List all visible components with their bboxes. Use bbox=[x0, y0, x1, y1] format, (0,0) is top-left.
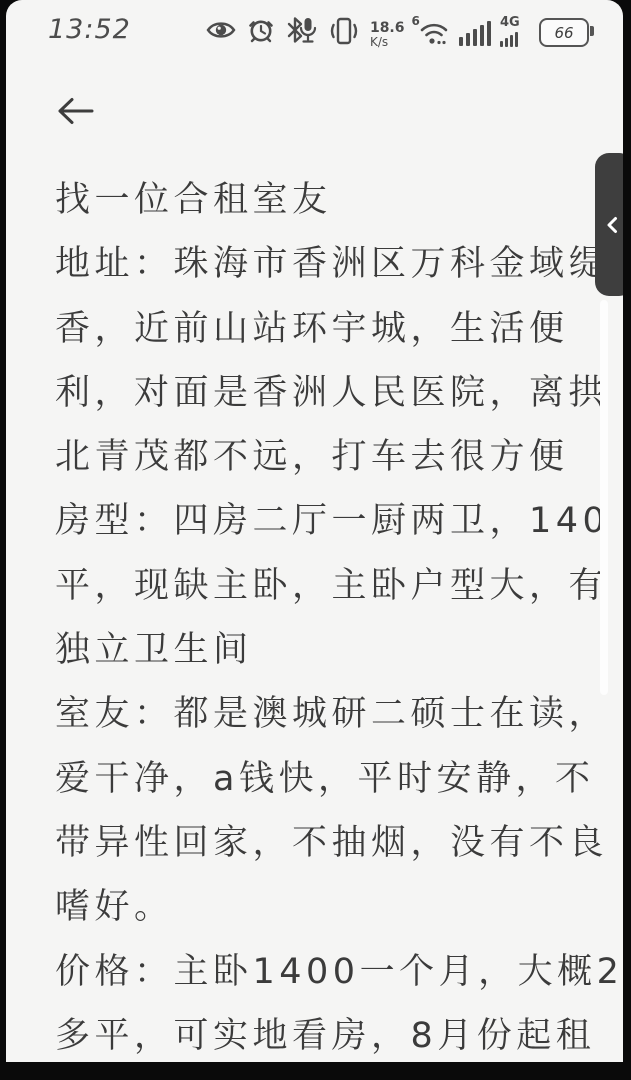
scrollbar[interactable] bbox=[600, 300, 608, 695]
text-line: 房型：四房二厅一厨两卫，140 bbox=[55, 489, 599, 553]
battery-icon: 66 bbox=[539, 18, 589, 47]
text-line: 嗜好。 bbox=[55, 875, 599, 939]
text-line: 价格：主卧1400一个月，大概20 bbox=[55, 940, 599, 1004]
phone-screen: 13:52 bbox=[6, 0, 623, 1062]
mobile-network-label: 4G bbox=[500, 15, 520, 30]
sidebar-handle[interactable] bbox=[595, 153, 623, 296]
text-line: 利，对面是香洲人民医院，离拱 bbox=[55, 361, 599, 425]
text-line: 北青茂都不远，打车去很方便 bbox=[55, 425, 599, 489]
status-time: 13:52 bbox=[48, 14, 131, 45]
eye-protection-icon bbox=[206, 17, 236, 47]
left-arrow-icon bbox=[52, 88, 98, 134]
text-line: 香，近前山站环宇城，生活便 bbox=[55, 297, 599, 361]
vibrate-icon bbox=[327, 16, 361, 50]
network-speed-unit: K/s bbox=[370, 36, 388, 48]
post-content: 找一位合租室友 地址：珠海市香洲区万科金域缇 香，近前山站环宇城，生活便 利，对… bbox=[55, 168, 599, 1062]
mobile-signal-bars bbox=[500, 32, 518, 47]
status-center-icons bbox=[206, 16, 304, 48]
status-right-icons: 18.6 K/s 6 4G bbox=[298, 12, 589, 50]
text-line: 独立卫生间 bbox=[55, 618, 599, 682]
text-line: 带异性回家，不抽烟，没有不良 bbox=[55, 811, 599, 875]
network-speed: 18.6 K/s bbox=[370, 21, 405, 50]
battery-nub bbox=[590, 26, 594, 36]
text-line: 爱干净，a钱快，平时安静，不 bbox=[55, 747, 599, 811]
text-line: 平，现缺主卧，主卧户型大，有 bbox=[55, 554, 599, 618]
text-line: 室友：都是澳城研二硕士在读， bbox=[55, 682, 599, 746]
chevron-left-icon bbox=[602, 212, 623, 238]
network-speed-value: 18.6 bbox=[370, 21, 405, 35]
text-line: 地址：珠海市香洲区万科金域缇 bbox=[55, 232, 599, 296]
back-button[interactable] bbox=[52, 88, 98, 134]
microphone-icon bbox=[298, 16, 318, 50]
post-title: 找一位合租室友 bbox=[55, 168, 599, 232]
text-line: 多平，可实地看房，8月份起租 bbox=[55, 1004, 599, 1062]
signal-bars-icon bbox=[459, 21, 492, 50]
mobile-network-icon: 4G bbox=[500, 16, 530, 50]
battery-percent: 66 bbox=[554, 24, 573, 42]
status-bar: 13:52 bbox=[6, 0, 623, 62]
alarm-icon bbox=[247, 16, 275, 48]
wifi-icon: 6 bbox=[414, 16, 450, 50]
